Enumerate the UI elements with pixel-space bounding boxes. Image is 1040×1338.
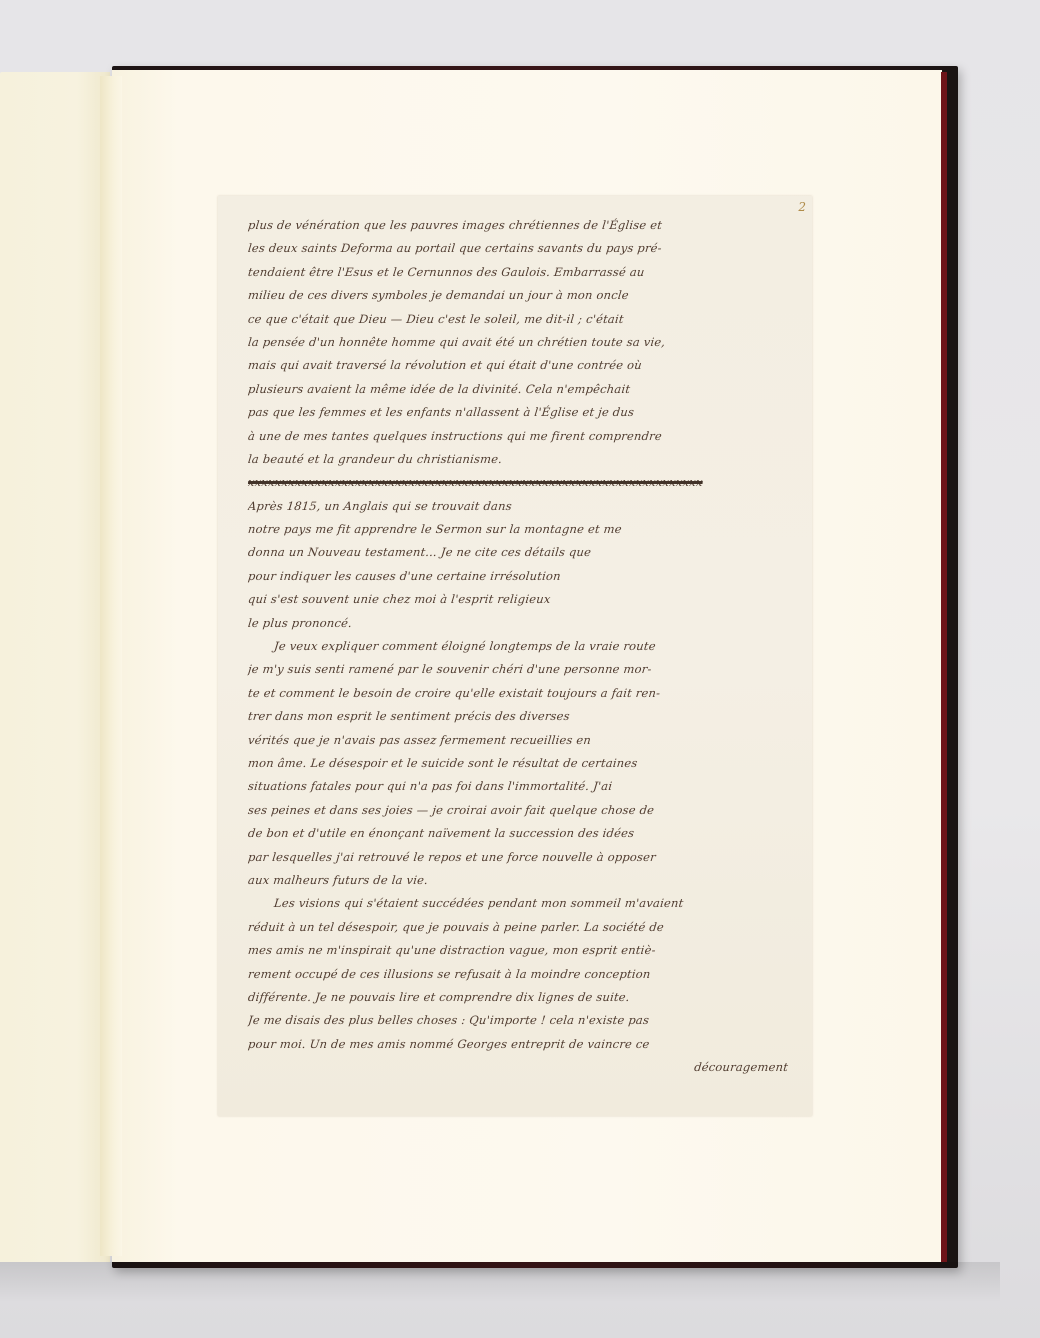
manuscript-line: la pensée d'un honnête homme qui avait é… xyxy=(247,331,799,354)
manuscript-line: la beauté et la grandeur du christianism… xyxy=(247,448,799,471)
photo-scene: 2 plus de vénération que les pauvres ima… xyxy=(0,0,1040,1338)
manuscript-line: réduit à un tel désespoir, que je pouvai… xyxy=(247,916,799,939)
manuscript-line: situations fatales pour qui n'a pas foi … xyxy=(247,775,799,798)
manuscript-line: tendaient être l'Esus et le Cernunnos de… xyxy=(247,261,799,284)
manuscript-line: mais qui avait traversé la révolution et… xyxy=(247,354,799,377)
page-edge-red xyxy=(941,72,947,1262)
manuscript-line: ses peines et dans ses joies — je croira… xyxy=(247,799,799,822)
manuscript-line: mes amis ne m'inspirait qu'une distracti… xyxy=(247,939,799,962)
manuscript-line: milieu de ces divers symboles je demanda… xyxy=(247,284,799,307)
manuscript-line: plus de vénération que les pauvres image… xyxy=(247,214,799,237)
manuscript-line: de bon et d'utile en énonçant naïvement … xyxy=(247,822,799,845)
left-page xyxy=(0,72,110,1262)
manuscript-line: je m'y suis senti ramené par le souvenir… xyxy=(247,658,799,681)
manuscript-line: pour moi. Un de mes amis nommé Georges e… xyxy=(247,1033,799,1056)
page-number: 2 xyxy=(798,200,806,214)
manuscript-line: à une de mes tantes quelques instruction… xyxy=(247,425,799,448)
manuscript-line: notre pays me fit apprendre le Sermon su… xyxy=(247,518,799,541)
manuscript-line: donna un Nouveau testament... Je ne cite… xyxy=(247,541,799,564)
manuscript-line: qui s'est souvent unie chez moi à l'espr… xyxy=(247,588,799,611)
manuscript-line: vérités que je n'avais pas assez fermeme… xyxy=(247,729,799,752)
manuscript-line: les deux saints Deforma au portail que c… xyxy=(247,237,799,260)
manuscript-line: pas que les femmes et les enfants n'alla… xyxy=(247,401,799,424)
manuscript-lines: plus de vénération que les pauvres image… xyxy=(248,214,798,1079)
manuscript-line: différente. Je ne pouvais lire et compre… xyxy=(247,986,799,1009)
manuscript-line: Les visions qui s'étaient succédées pend… xyxy=(247,892,799,915)
manuscript-line: aux malheurs futurs de la vie. xyxy=(247,869,799,892)
manuscript-line: plusieurs avaient la même idée de la div… xyxy=(247,378,799,401)
manuscript-line: te et comment le besoin de croire qu'ell… xyxy=(247,682,799,705)
manuscript-sheet: 2 plus de vénération que les pauvres ima… xyxy=(218,196,812,1116)
manuscript-line: pour indiquer les causes d'une certaine … xyxy=(247,565,799,588)
catchword: découragement xyxy=(247,1056,799,1079)
manuscript-line: par lesquelles j'ai retrouvé le repos et… xyxy=(247,846,799,869)
manuscript-line: mon âme. Le désespoir et le suicide sont… xyxy=(247,752,799,775)
manuscript-line: rement occupé de ces illusions se refusa… xyxy=(247,963,799,986)
manuscript-line: ce que c'était que Dieu — Dieu c'est le … xyxy=(247,308,799,331)
manuscript-line: trer dans mon esprit le sentiment précis… xyxy=(247,705,799,728)
manuscript-line: le plus prononcé. xyxy=(247,612,799,635)
manuscript-line: Je veux expliquer comment éloigné longte… xyxy=(247,635,799,658)
struck-out-line: xxxxxxxxxxxxxxxxxxxxxxxxxxxxxxxxxxxxxxxx… xyxy=(247,471,799,494)
book-shadow xyxy=(0,1262,1000,1302)
book-gutter xyxy=(100,76,122,1256)
manuscript-line: Je me disais des plus belles choses : Qu… xyxy=(247,1009,799,1032)
manuscript-line: Après 1815, un Anglais qui se trouvait d… xyxy=(247,495,799,518)
